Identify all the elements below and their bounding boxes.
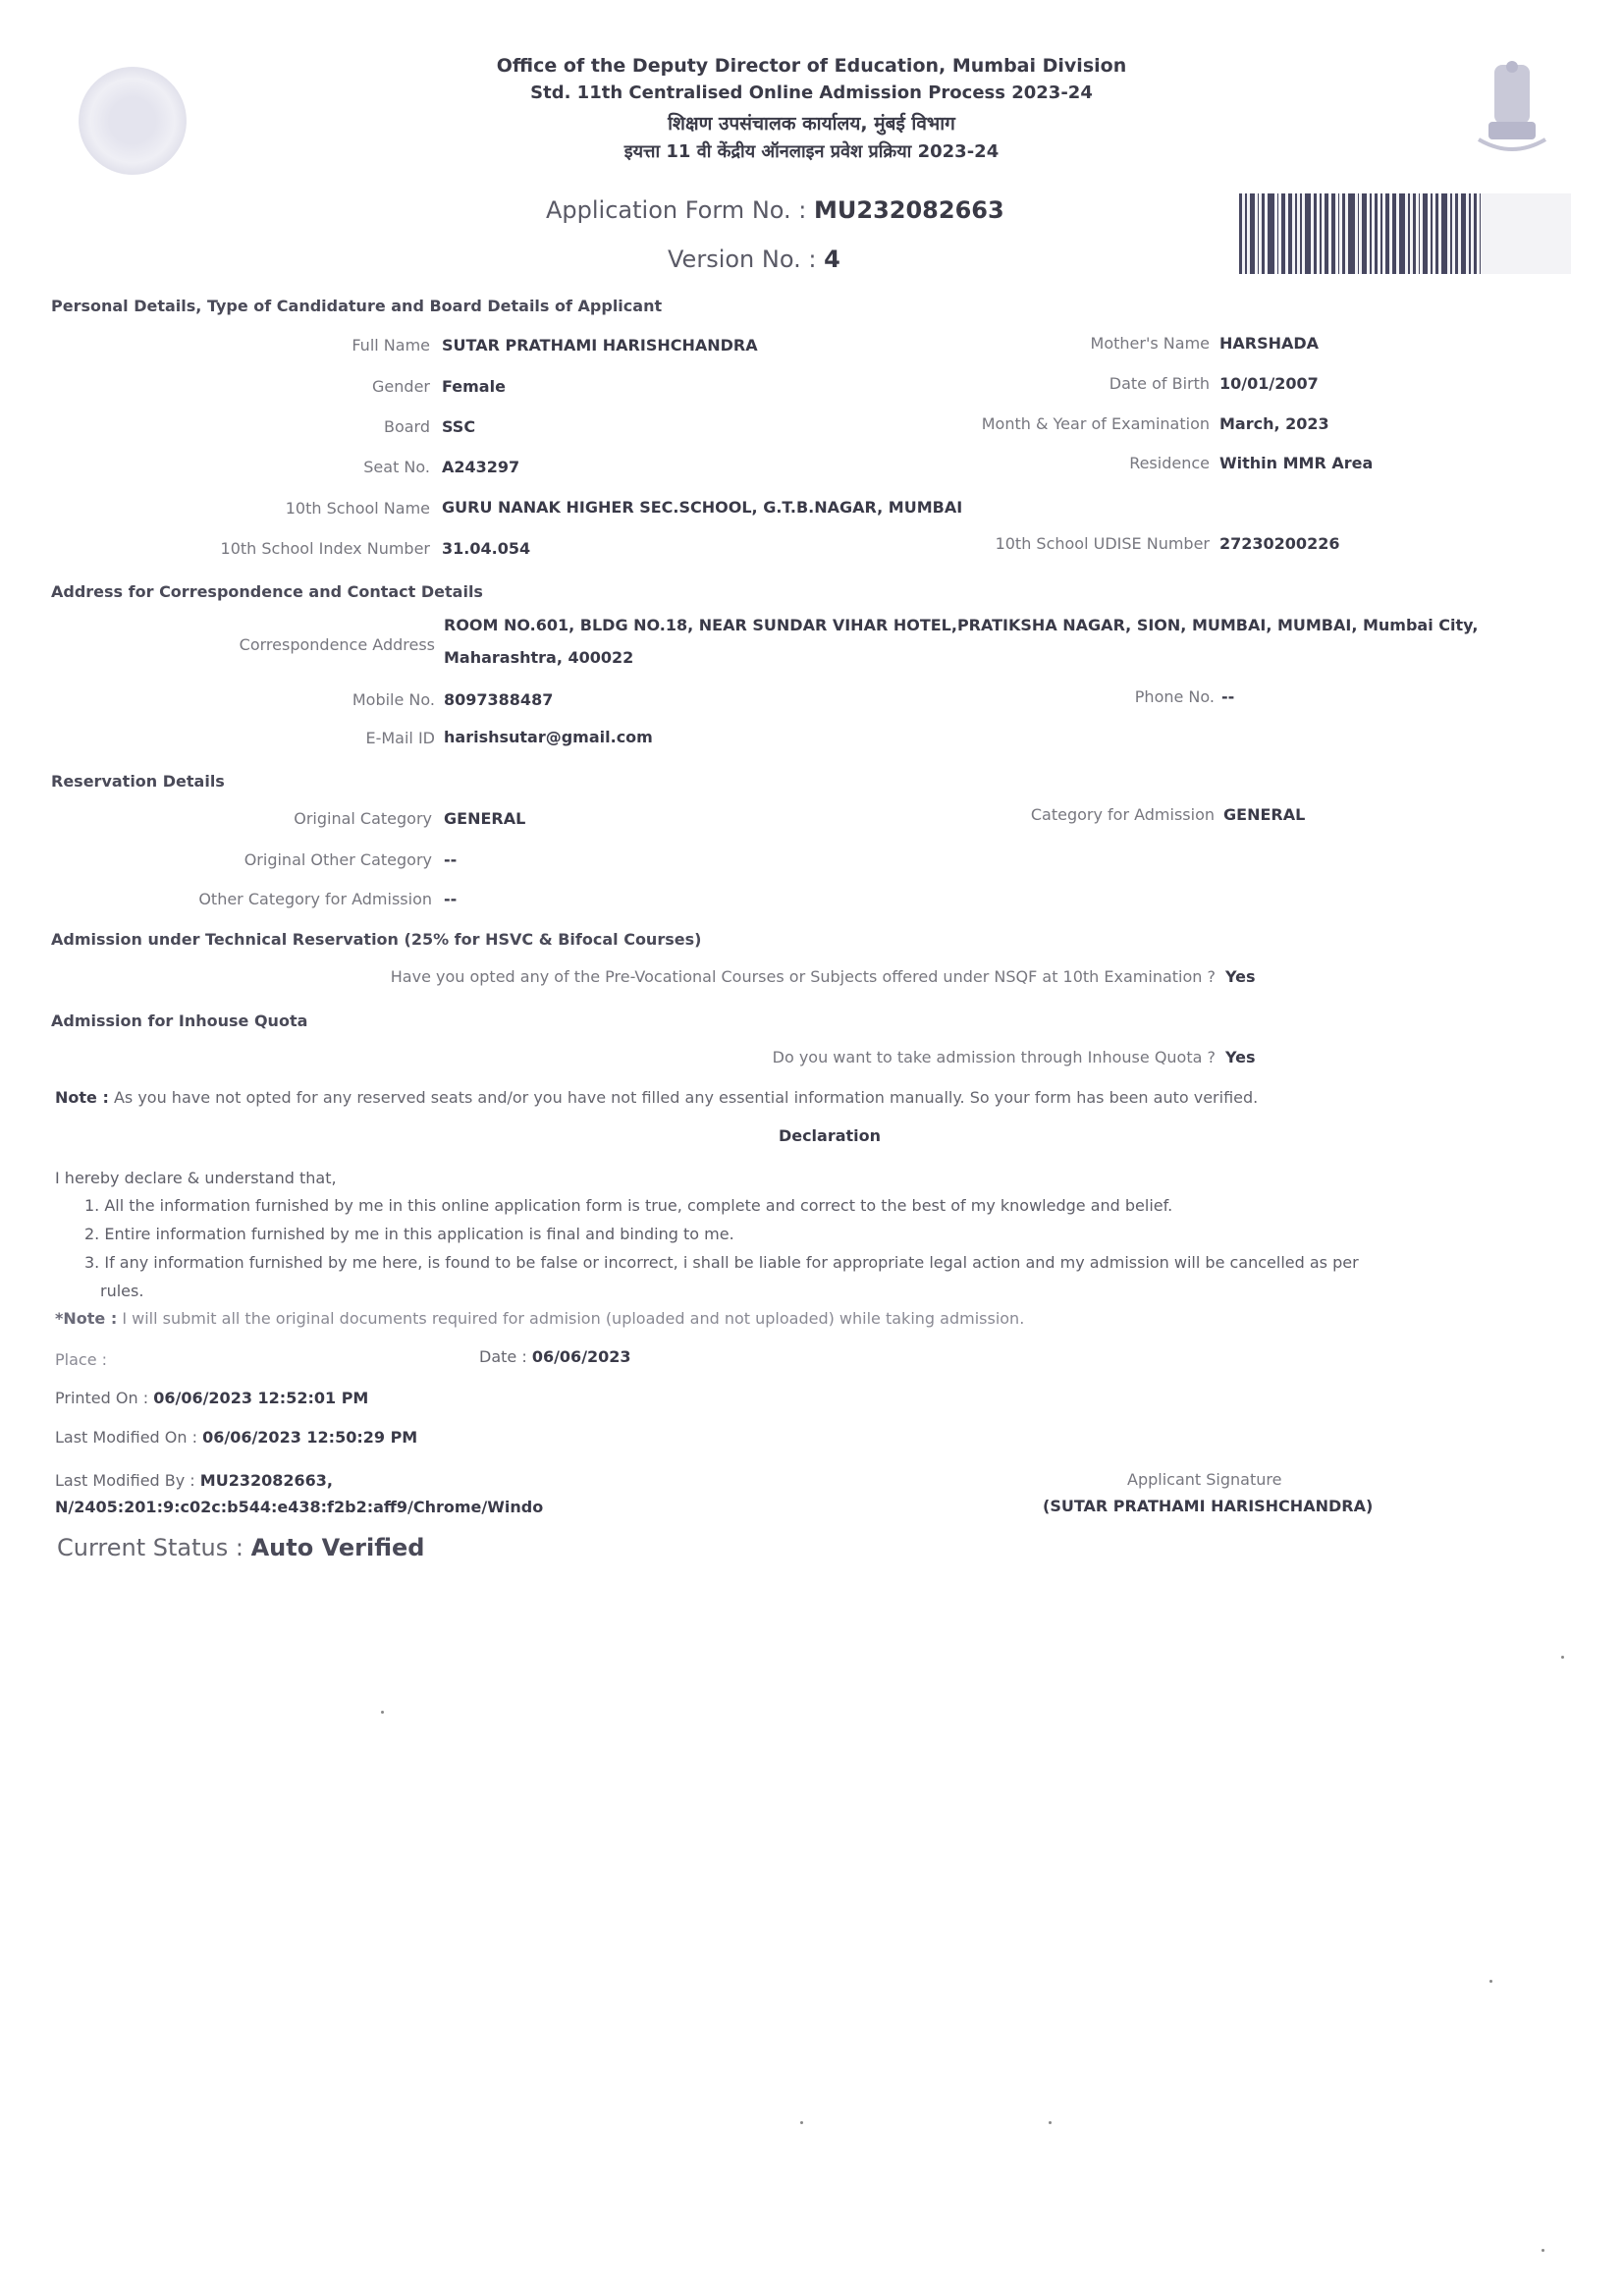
last-modified-by-label: Last Modified By : [55,1471,195,1490]
note-label: Note : [55,1088,109,1107]
status-label: Current Status : [57,1534,243,1561]
residence-value: Within MMR Area [1219,454,1373,472]
board-value: SSC [442,417,475,436]
office-title-marathi: शिक्षण उपसंचालक कार्यालय, मुंबई विभाग [0,110,1623,136]
declaration-item-2: 2. Entire information furnished by me in… [84,1225,734,1243]
printed-on-label: Printed On : [55,1389,148,1407]
mother-name-value: HARSHADA [1219,334,1319,353]
declaration-item-3-cont: rules. [100,1282,143,1300]
date-field: Date : 06/06/2023 [479,1347,631,1366]
last-modified-on-value: 06/06/2023 12:50:29 PM [202,1428,417,1447]
exam-label: Month & Year of Examination [982,414,1210,433]
udise-label: 10th School UDISE Number [996,534,1210,553]
nsqf-question: Have you opted any of the Pre-Vocational… [391,967,1216,986]
version-number: Version No. : 4 [668,246,840,273]
place-field: Place : [55,1350,107,1369]
status-badge: Auto Verified [251,1534,425,1561]
gender-label: Gender [372,377,430,396]
mobile-label: Mobile No. [352,690,435,709]
scan-speck [1542,2249,1544,2252]
section-inhouse-quota: Admission for Inhouse Quota [51,1011,307,1030]
scan-speck [1561,1656,1564,1659]
inhouse-question: Do you want to take admission through In… [773,1048,1216,1066]
nsqf-answer: Yes [1225,967,1256,986]
mother-name-label: Mother's Name [1091,334,1210,353]
phone-value: -- [1221,687,1234,706]
process-title-marathi: इयत्ता 11 वी केंद्रीय ऑनलाइन प्रवेश प्रक… [0,139,1623,163]
place-label: Place : [55,1350,107,1369]
process-title: Std. 11th Centralised Online Admission P… [0,82,1623,103]
scan-speck [1489,1980,1492,1983]
residence-label: Residence [1129,454,1210,472]
mobile-value: 8097388487 [444,690,553,709]
address-line-1: ROOM NO.601, BLDG NO.18, NEAR SUNDAR VIH… [444,616,1478,634]
section-contact-details: Address for Correspondence and Contact D… [51,582,483,601]
last-modified-on-field: Last Modified On : 06/06/2023 12:50:29 P… [55,1428,417,1447]
seat-no-label: Seat No. [363,458,430,476]
application-form-number: Application Form No. : MU232082663 [546,196,1004,224]
full-name-value: SUTAR PRATHAMI HARISHCHANDRA [442,336,758,355]
last-modified-by-device: N/2405:201:9:c02c:b544:e438:f2b2:aff9/Ch… [55,1498,543,1516]
declaration-heading: Declaration [0,1126,1623,1145]
school-index-value: 31.04.054 [442,539,530,558]
address-line-2: Maharashtra, 400022 [444,648,633,667]
dob-label: Date of Birth [1109,374,1210,393]
last-modified-by-field: Last Modified By : MU232082663, [55,1471,333,1490]
section-personal-details: Personal Details, Type of Candidature an… [51,297,662,315]
admission-category-value: GENERAL [1223,805,1305,824]
full-name-label: Full Name [352,336,430,355]
office-title: Office of the Deputy Director of Educati… [0,55,1623,77]
dob-value: 10/01/2007 [1219,374,1319,393]
declaration-item-1: 1. All the information furnished by me i… [84,1196,1172,1215]
declaration-item-3: 3. If any information furnished by me he… [84,1253,1359,1272]
printed-on-value: 06/06/2023 12:52:01 PM [153,1389,368,1407]
phone-label: Phone No. [1135,687,1215,706]
current-status: Current Status : Auto Verified [57,1534,424,1561]
original-other-category-value: -- [444,850,457,869]
original-category-value: GENERAL [444,809,525,828]
school-name-value: GURU NANAK HIGHER SEC.SCHOOL, G.T.B.NAGA… [442,498,962,517]
documents-note-label: *Note : [55,1309,117,1328]
scan-speck [1049,2121,1052,2124]
address-label: Correspondence Address [240,635,435,654]
seat-no-value: A243297 [442,458,519,476]
section-technical-reservation: Admission under Technical Reservation (2… [51,930,701,949]
original-category-label: Original Category [294,809,432,828]
school-name-label: 10th School Name [286,499,430,518]
version-label: Version No. : [668,246,816,273]
other-category-admission-value: -- [444,890,457,908]
udise-value: 27230200226 [1219,534,1339,553]
email-value: harishsutar@gmail.com [444,728,653,746]
date-label: Date : [479,1347,527,1366]
signature-name: (SUTAR PRATHAMI HARISHCHANDRA) [1043,1497,1373,1515]
documents-note: *Note : I will submit all the original d… [55,1309,1024,1328]
form-no-value: MU232082663 [814,196,1004,224]
form-no-label: Application Form No. : [546,196,806,224]
exam-value: March, 2023 [1219,414,1329,433]
school-index-label: 10th School Index Number [221,539,430,558]
declaration-intro: I hereby declare & understand that, [55,1169,337,1187]
other-category-admission-label: Other Category for Admission [198,890,432,908]
board-label: Board [384,417,430,436]
last-modified-on-label: Last Modified On : [55,1428,197,1447]
barcode-icon [1239,193,1571,274]
inhouse-answer: Yes [1225,1048,1256,1066]
date-value: 06/06/2023 [532,1347,631,1366]
signature-label: Applicant Signature [1127,1470,1281,1489]
email-label: E-Mail ID [365,729,435,747]
original-other-category-label: Original Other Category [244,850,432,869]
gender-value: Female [442,377,506,396]
note-text: As you have not opted for any reserved s… [114,1088,1258,1107]
last-modified-by-value: MU232082663, [200,1471,333,1490]
documents-note-text: I will submit all the original documents… [122,1309,1024,1328]
version-value: 4 [824,246,840,273]
scan-speck [381,1711,384,1714]
section-reservation-details: Reservation Details [51,772,225,791]
auto-verify-note: Note : As you have not opted for any res… [55,1088,1258,1107]
admission-category-label: Category for Admission [1031,805,1215,824]
scan-speck [800,2121,803,2124]
printed-on-field: Printed On : 06/06/2023 12:52:01 PM [55,1389,368,1407]
